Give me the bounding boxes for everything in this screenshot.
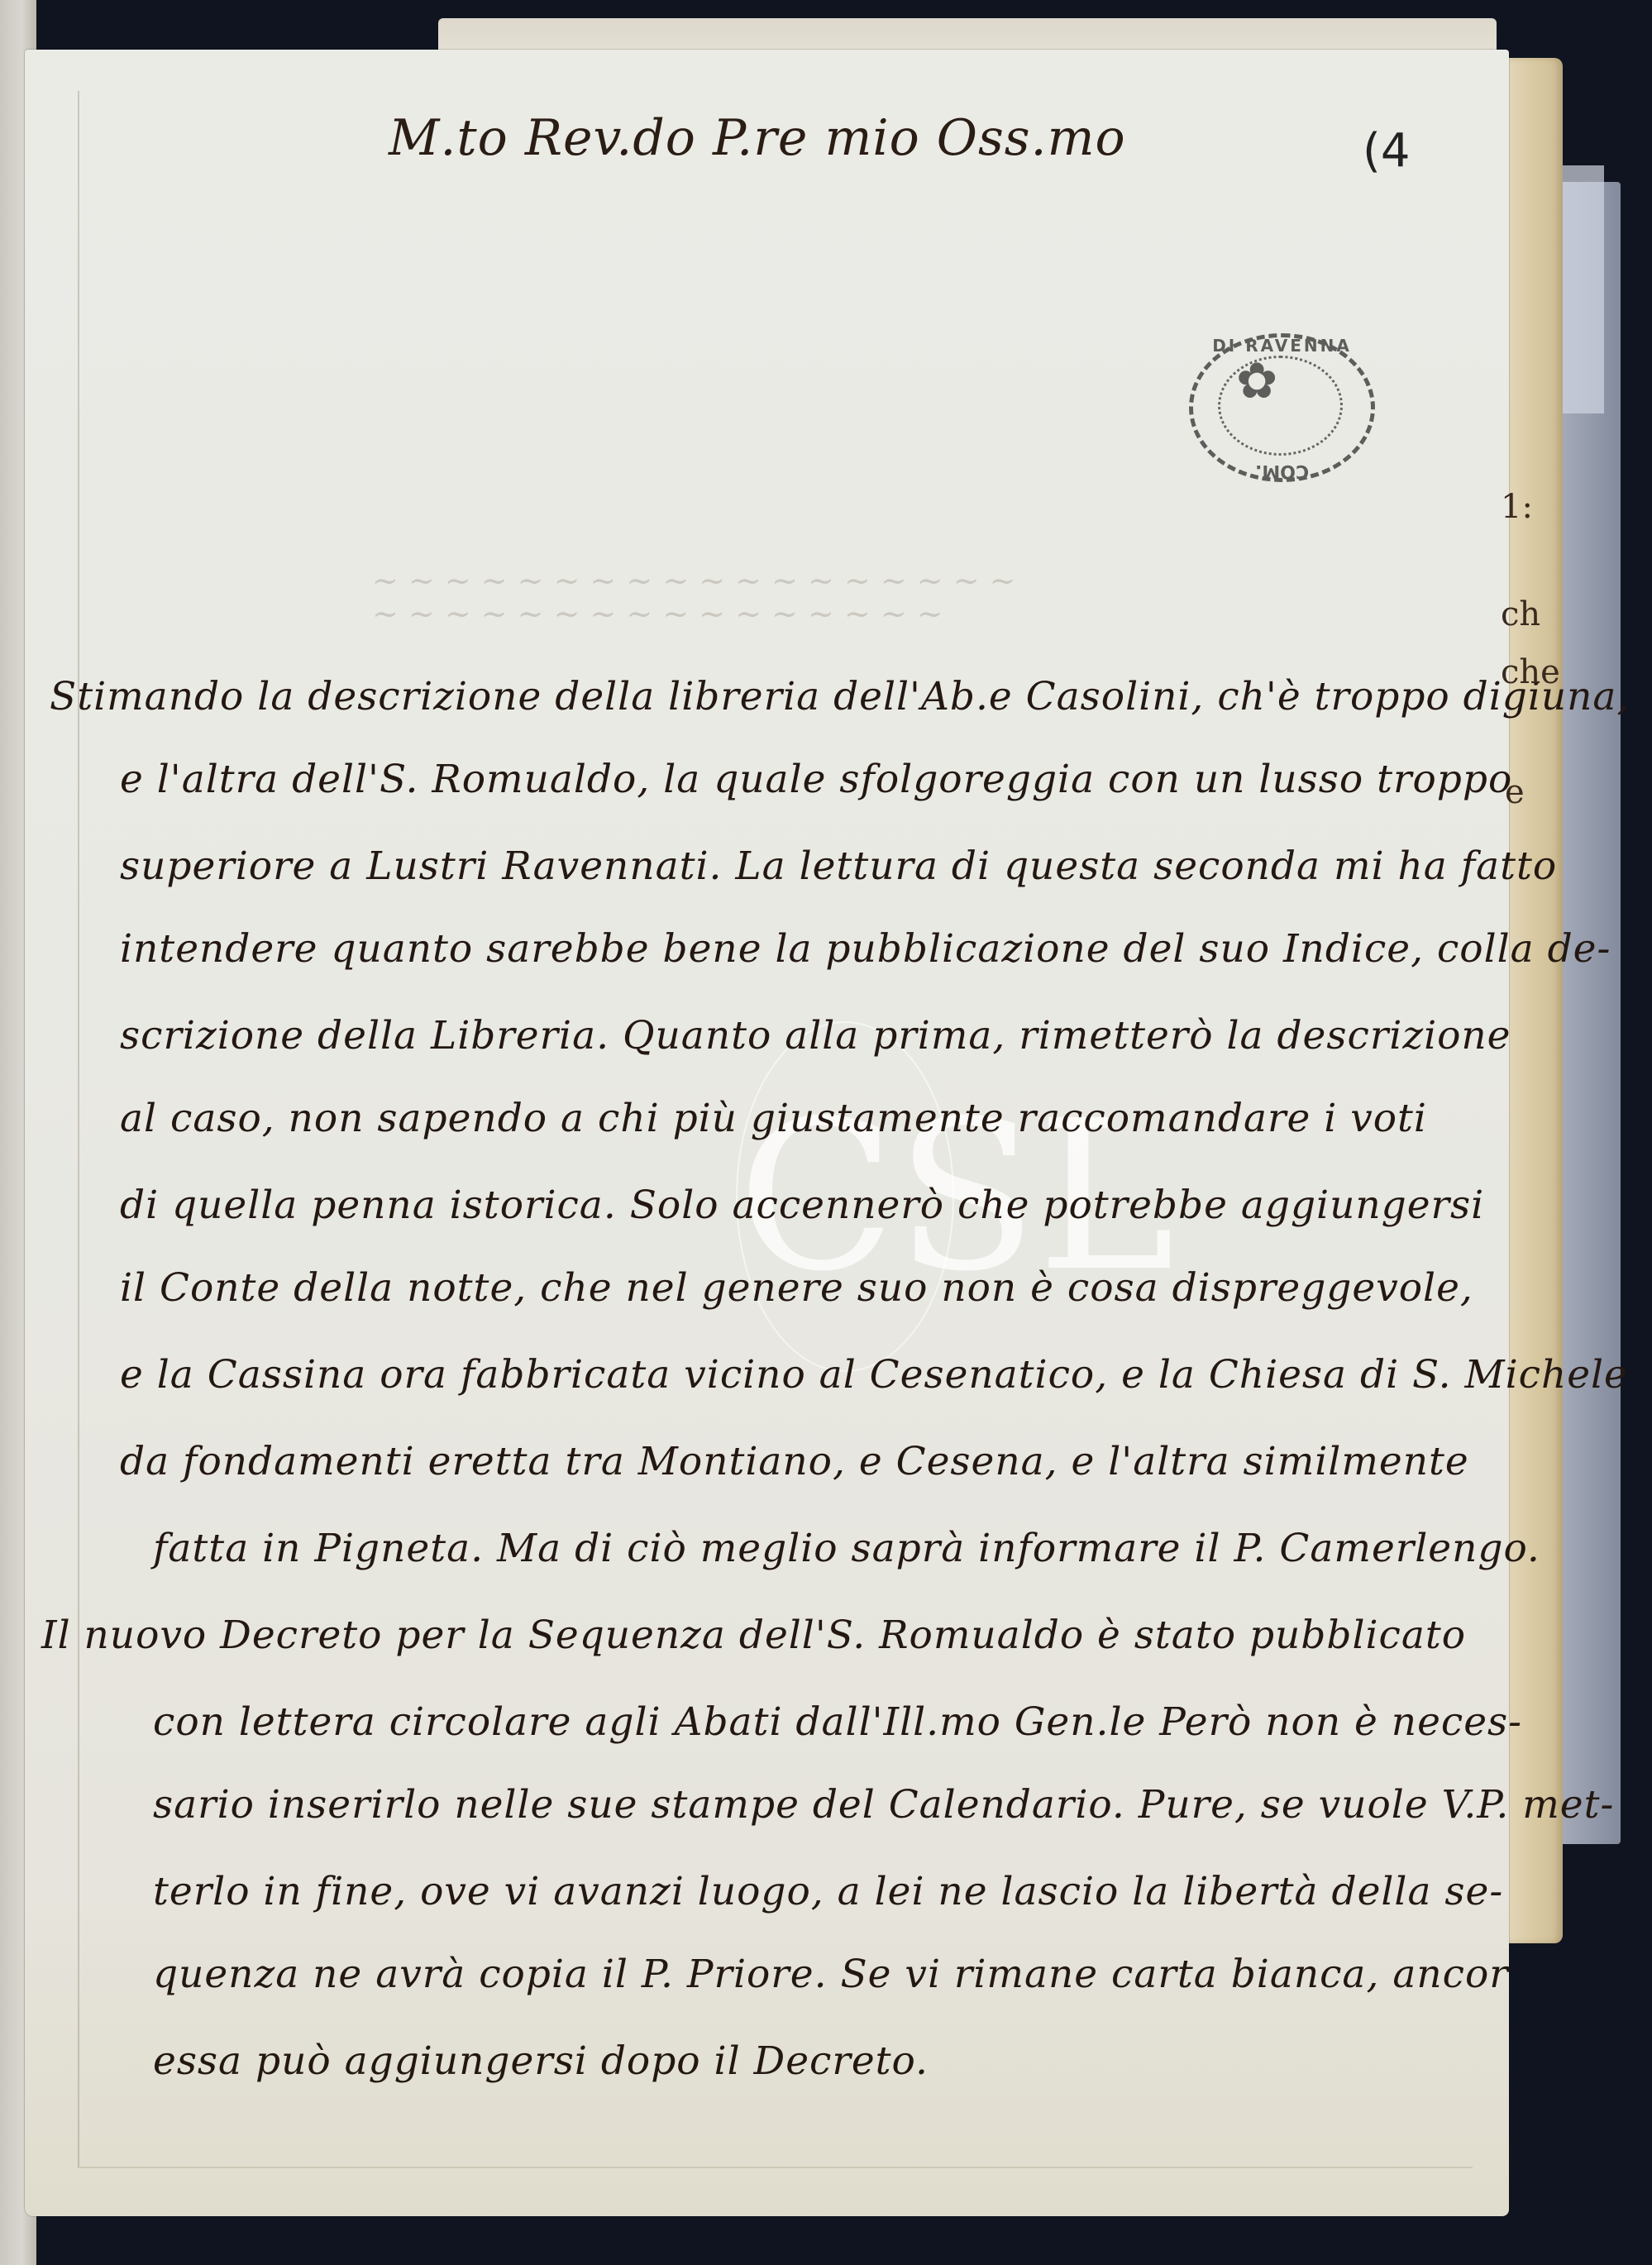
body-line: Stimando la descrizione della libreria d… [50,674,1630,719]
manuscript-sheet: ~ ~ ~ ~ ~ ~ ~ ~ ~ ~ ~ ~ ~ ~ ~ ~ ~ ~ ~ ~ … [25,50,1509,2216]
bleed-through-text: ~ ~ ~ ~ ~ ~ ~ ~ ~ ~ ~ ~ ~ ~ ~ ~ ~ ~ [372,562,1015,599]
body-line: e la Cassina ora fabbricata vicino al Ce… [120,1352,1628,1398]
body-line: intendere quanto sarebbe bene la pubblic… [120,926,1611,972]
body-line: essa può aggiungersi dopo il Decreto. [153,2038,929,2084]
body-line: da fondamenti eretta tra Montiano, e Ces… [120,1439,1469,1484]
body-line: terlo in fine, ove vi avanzi luogo, a le… [153,1869,1503,1914]
margin-mark: ch [1501,595,1540,633]
body-line: il Conte della notte, che nel genere suo… [120,1265,1473,1311]
body-line: sario inserirlo nelle sue stampe del Cal… [153,1782,1614,1828]
letter-salutation: M.to Rev.do P.re mio Oss.mo [389,109,1126,167]
body-line: scrizione della Libreria. Quanto alla pr… [120,1013,1511,1058]
body-line: con lettera circolare agli Abati dall'Il… [153,1699,1522,1745]
folio-number: (4 [1363,124,1410,178]
body-line: Il nuovo Decreto per la Sequenza dell'S.… [41,1613,1466,1658]
stamp-top-text: DI RAVENNA [1193,336,1371,356]
stamp-bottom-text: COM. [1193,461,1371,481]
margin-mark: e [1505,773,1525,811]
library-stamp: DI RAVENNA ✿ COM. [1189,333,1375,482]
body-line: quenza ne avrà copia il P. Priore. Se vi… [153,1952,1509,1997]
body-line: fatta in Pigneta. Ma di ciò meglio saprà… [153,1526,1540,1571]
body-line: di quella penna istorica. Solo accennerò… [120,1183,1484,1228]
margin-mark: 1: [1501,488,1533,526]
body-line: al caso, non sapendo a chi più giustamen… [120,1096,1427,1141]
bleed-through-text: ~ ~ ~ ~ ~ ~ ~ ~ ~ ~ ~ ~ ~ ~ ~ ~ [372,595,943,632]
margin-mark: che [1501,653,1560,691]
body-line: superiore a Lustri Ravennati. La lettura… [120,843,1557,889]
body-line: e l'altra dell'S. Romualdo, la quale sfo… [120,757,1512,802]
pine-branch-icon: ✿ [1236,352,1277,410]
